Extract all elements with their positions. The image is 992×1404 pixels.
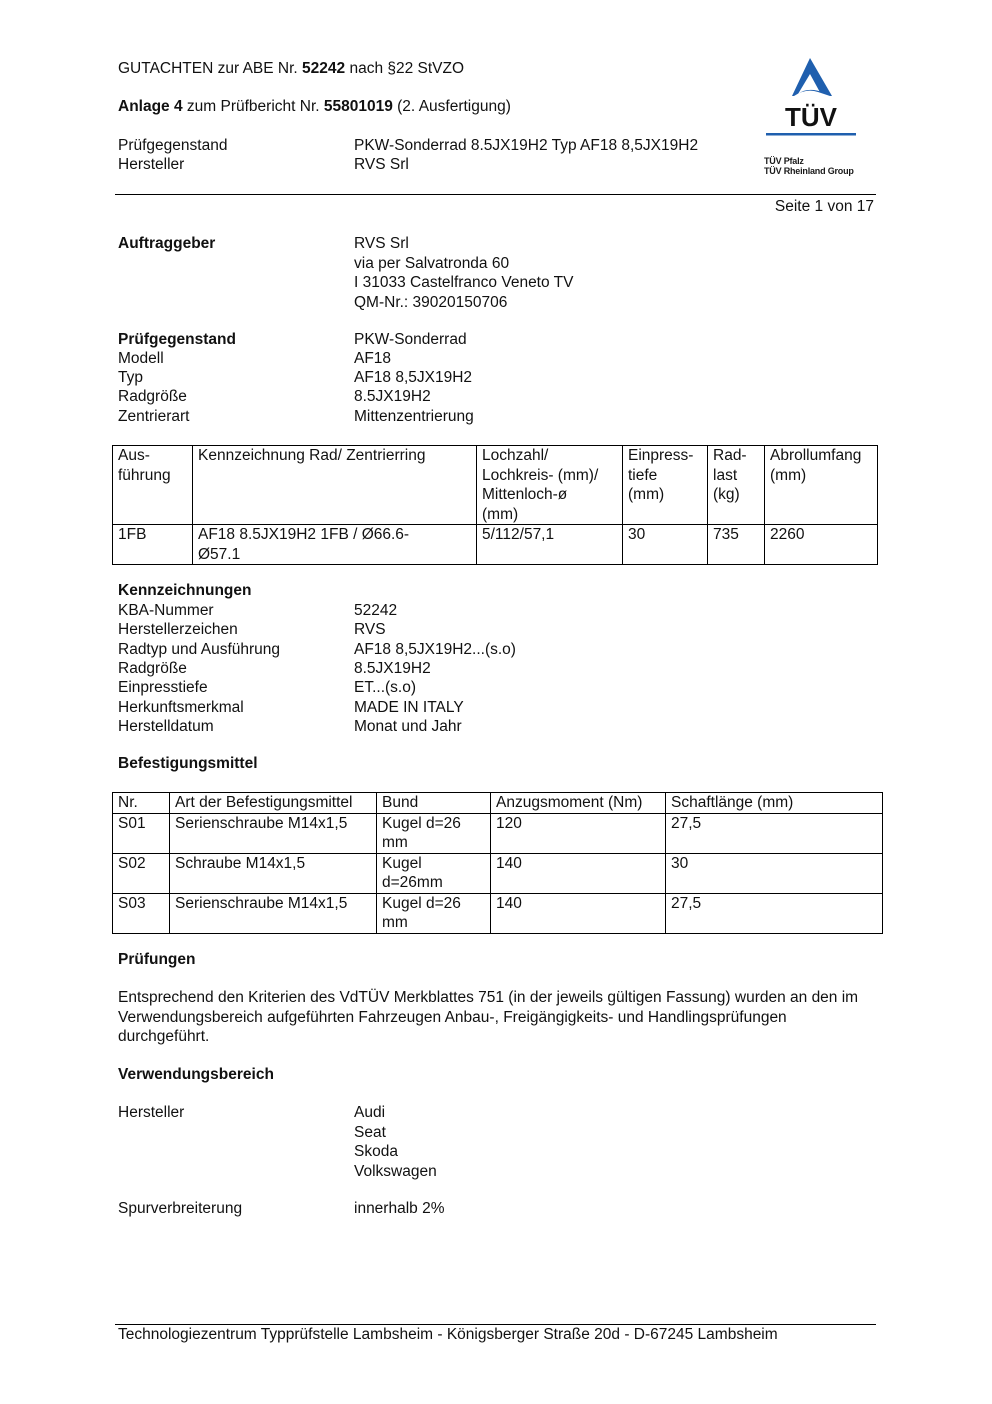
pruefgegenstand-label: Prüfgegenstand [118, 330, 236, 350]
modell-label: Modell [118, 349, 164, 369]
kennzeichnung-label: Radgröße [118, 659, 187, 679]
bolt-table-cell: Kugel d=26mm [377, 893, 491, 933]
report-title: GUTACHTEN zur ABE Nr. 52242 nach §22 StV… [118, 59, 464, 79]
vb-hersteller-list: Audi Seat Skoda Volkswagen [354, 1103, 437, 1181]
typ-label: Typ [118, 368, 143, 388]
kennzeichnung-label: Herstellerzeichen [118, 620, 238, 640]
bolt-table-cell: Art der Befestigungsmittel [170, 793, 377, 814]
logo-line-2: TÜV Rheinland Group [764, 166, 858, 176]
bolt-table-cell: Kugel d=26mm [377, 813, 491, 853]
kennzeichnungen-title: Kennzeichnungen [118, 581, 251, 601]
auftraggeber-line: RVS Srl [354, 234, 573, 254]
pruefgegenstand-value: PKW-Sonderrad [354, 330, 467, 350]
subtitle-middle: zum Prüfbericht Nr. [183, 98, 324, 115]
vb-hersteller-label: Hersteller [118, 1103, 184, 1123]
wheel-table-cell: Rad-last(kg) [708, 446, 765, 525]
bolt-table-cell: 27,5 [666, 813, 883, 853]
befestigungsmittel-title: Befestigungsmittel [118, 754, 258, 774]
kennzeichnung-label: KBA-Nummer [118, 601, 214, 621]
kennzeichnung-label: Radtyp und Ausführung [118, 640, 280, 660]
header-pruefgegenstand-value: PKW-Sonderrad 8.5JX19H2 Typ AF18 8,5JX19… [354, 136, 698, 156]
auftraggeber-line: QM-Nr.: 39020150706 [354, 293, 573, 313]
manufacturer-item: Volkswagen [354, 1162, 437, 1182]
bolt-table-cell: S03 [113, 893, 170, 933]
pruefungen-text: Entsprechend den Kriterien des VdTÜV Mer… [118, 988, 868, 1047]
kennzeichnung-value: 52242 [354, 601, 397, 621]
bolt-table-header-row: Nr.Art der BefestigungsmittelBundAnzugsm… [113, 793, 883, 814]
zentrierart-label: Zentrierart [118, 407, 190, 427]
bolt-table-cell: Nr. [113, 793, 170, 814]
tuev-triangle-icon: TÜV [764, 56, 858, 136]
wheel-table-cell: 30 [623, 525, 708, 565]
bolt-table-cell: 140 [491, 893, 666, 933]
bolt-table-row: S01Serienschraube M14x1,5Kugel d=26mm120… [113, 813, 883, 853]
bolt-table-cell: Schaftlänge (mm) [666, 793, 883, 814]
bolt-table-cell: 140 [491, 853, 666, 893]
kennzeichnung-label: Einpresstiefe [118, 678, 208, 698]
kennzeichnung-value: AF18 8,5JX19H2...(s.o) [354, 640, 516, 660]
bolt-table-cell: S02 [113, 853, 170, 893]
auftraggeber-line: via per Salvatronda 60 [354, 254, 573, 274]
spurverbreiterung-value: innerhalb 2% [354, 1199, 444, 1219]
wheel-table-cell: Lochzahl/Lochkreis- (mm)/Mittenloch-ø(mm… [477, 446, 623, 525]
modell-value: AF18 [354, 349, 391, 369]
subtitle-suffix: (2. Ausfertigung) [393, 98, 511, 115]
pruefbericht-number: 55801019 [324, 98, 393, 115]
bolt-table-cell: Kugeld=26mm [377, 853, 491, 893]
wheel-table-cell: Aus-führung [113, 446, 193, 525]
kennzeichnung-label: Herstelldatum [118, 717, 214, 737]
auftraggeber-value: RVS Srl via per Salvatronda 60 I 31033 C… [354, 234, 573, 312]
manufacturer-item: Audi [354, 1103, 437, 1123]
zentrierart-value: Mittenzentrierung [354, 407, 474, 427]
kennzeichnung-value: ET...(s.o) [354, 678, 416, 698]
kennzeichnung-value: Monat und Jahr [354, 717, 462, 737]
wheel-table-cell: 735 [708, 525, 765, 565]
bolt-table-cell: Bund [377, 793, 491, 814]
title-prefix: GUTACHTEN zur ABE Nr. [118, 60, 302, 77]
kennzeichnung-value: MADE IN ITALY [354, 698, 464, 718]
spurverbreiterung-label: Spurverbreiterung [118, 1199, 242, 1219]
befestigungsmittel-table: Nr.Art der BefestigungsmittelBundAnzugsm… [112, 792, 883, 934]
kennzeichnung-value: RVS [354, 620, 386, 640]
manufacturer-item: Skoda [354, 1142, 437, 1162]
wheel-table-cell: 5/112/57,1 [477, 525, 623, 565]
svg-text:TÜV: TÜV [785, 102, 838, 132]
bolt-table-cell: Anzugsmoment (Nm) [491, 793, 666, 814]
wheel-table-row: 1FBAF18 8.5JX19H2 1FB / Ø66.6-Ø57.15/112… [113, 525, 878, 565]
wheel-table-cell: AF18 8.5JX19H2 1FB / Ø66.6-Ø57.1 [193, 525, 477, 565]
page-indicator: Seite 1 von 17 [775, 197, 874, 217]
auftraggeber-line: I 31033 Castelfranco Veneto TV [354, 273, 573, 293]
bolt-table-row: S02Schraube M14x1,5Kugeld=26mm14030 [113, 853, 883, 893]
report-subtitle: Anlage 4 zum Prüfbericht Nr. 55801019 (2… [118, 97, 511, 117]
header-divider [115, 194, 876, 195]
header-hersteller-label: Hersteller [118, 155, 184, 175]
auftraggeber-label: Auftraggeber [118, 234, 215, 254]
kennzeichnung-value: 8.5JX19H2 [354, 659, 431, 679]
anlage-label: Anlage 4 [118, 98, 183, 115]
radgroesse-label: Radgröße [118, 387, 187, 407]
footer-text: Technologiezentrum Typprüfstelle Lambshe… [118, 1325, 778, 1345]
bolt-table-cell: 120 [491, 813, 666, 853]
wheel-table-cell: 2260 [765, 525, 878, 565]
wheel-table-cell: 1FB [113, 525, 193, 565]
header-hersteller-value: RVS Srl [354, 155, 409, 175]
kennzeichnung-label: Herkunftsmerkmal [118, 698, 244, 718]
wheel-table-cell: Kennzeichnung Rad/ Zentrierring [193, 446, 477, 525]
pruefungen-title: Prüfungen [118, 950, 196, 970]
abe-number: 52242 [302, 60, 345, 77]
wheel-table-header-row: Aus-führungKennzeichnung Rad/ Zentrierri… [113, 446, 878, 525]
logo-line-1: TÜV Pfalz [764, 156, 858, 166]
header-pruefgegenstand-label: Prüfgegenstand [118, 136, 227, 156]
bolt-table-cell: 27,5 [666, 893, 883, 933]
title-suffix: nach §22 StVZO [345, 60, 464, 77]
bolt-table-row: S03Serienschraube M14x1,5Kugel d=26mm140… [113, 893, 883, 933]
radgroesse-value: 8.5JX19H2 [354, 387, 431, 407]
bolt-table-cell: S01 [113, 813, 170, 853]
typ-value: AF18 8,5JX19H2 [354, 368, 472, 388]
wheel-table-cell: Einpress-tiefe(mm) [623, 446, 708, 525]
wheel-table-cell: Abrollumfang(mm) [765, 446, 878, 525]
bolt-table-cell: Serienschraube M14x1,5 [170, 893, 377, 933]
bolt-table-cell: 30 [666, 853, 883, 893]
tuev-logo: TÜV TÜV Pfalz TÜV Rheinland Group [764, 56, 858, 176]
bolt-table-cell: Schraube M14x1,5 [170, 853, 377, 893]
manufacturer-item: Seat [354, 1123, 437, 1143]
verwendungsbereich-title: Verwendungsbereich [118, 1065, 274, 1085]
wheel-table: Aus-führungKennzeichnung Rad/ Zentrierri… [112, 445, 878, 565]
bolt-table-cell: Serienschraube M14x1,5 [170, 813, 377, 853]
